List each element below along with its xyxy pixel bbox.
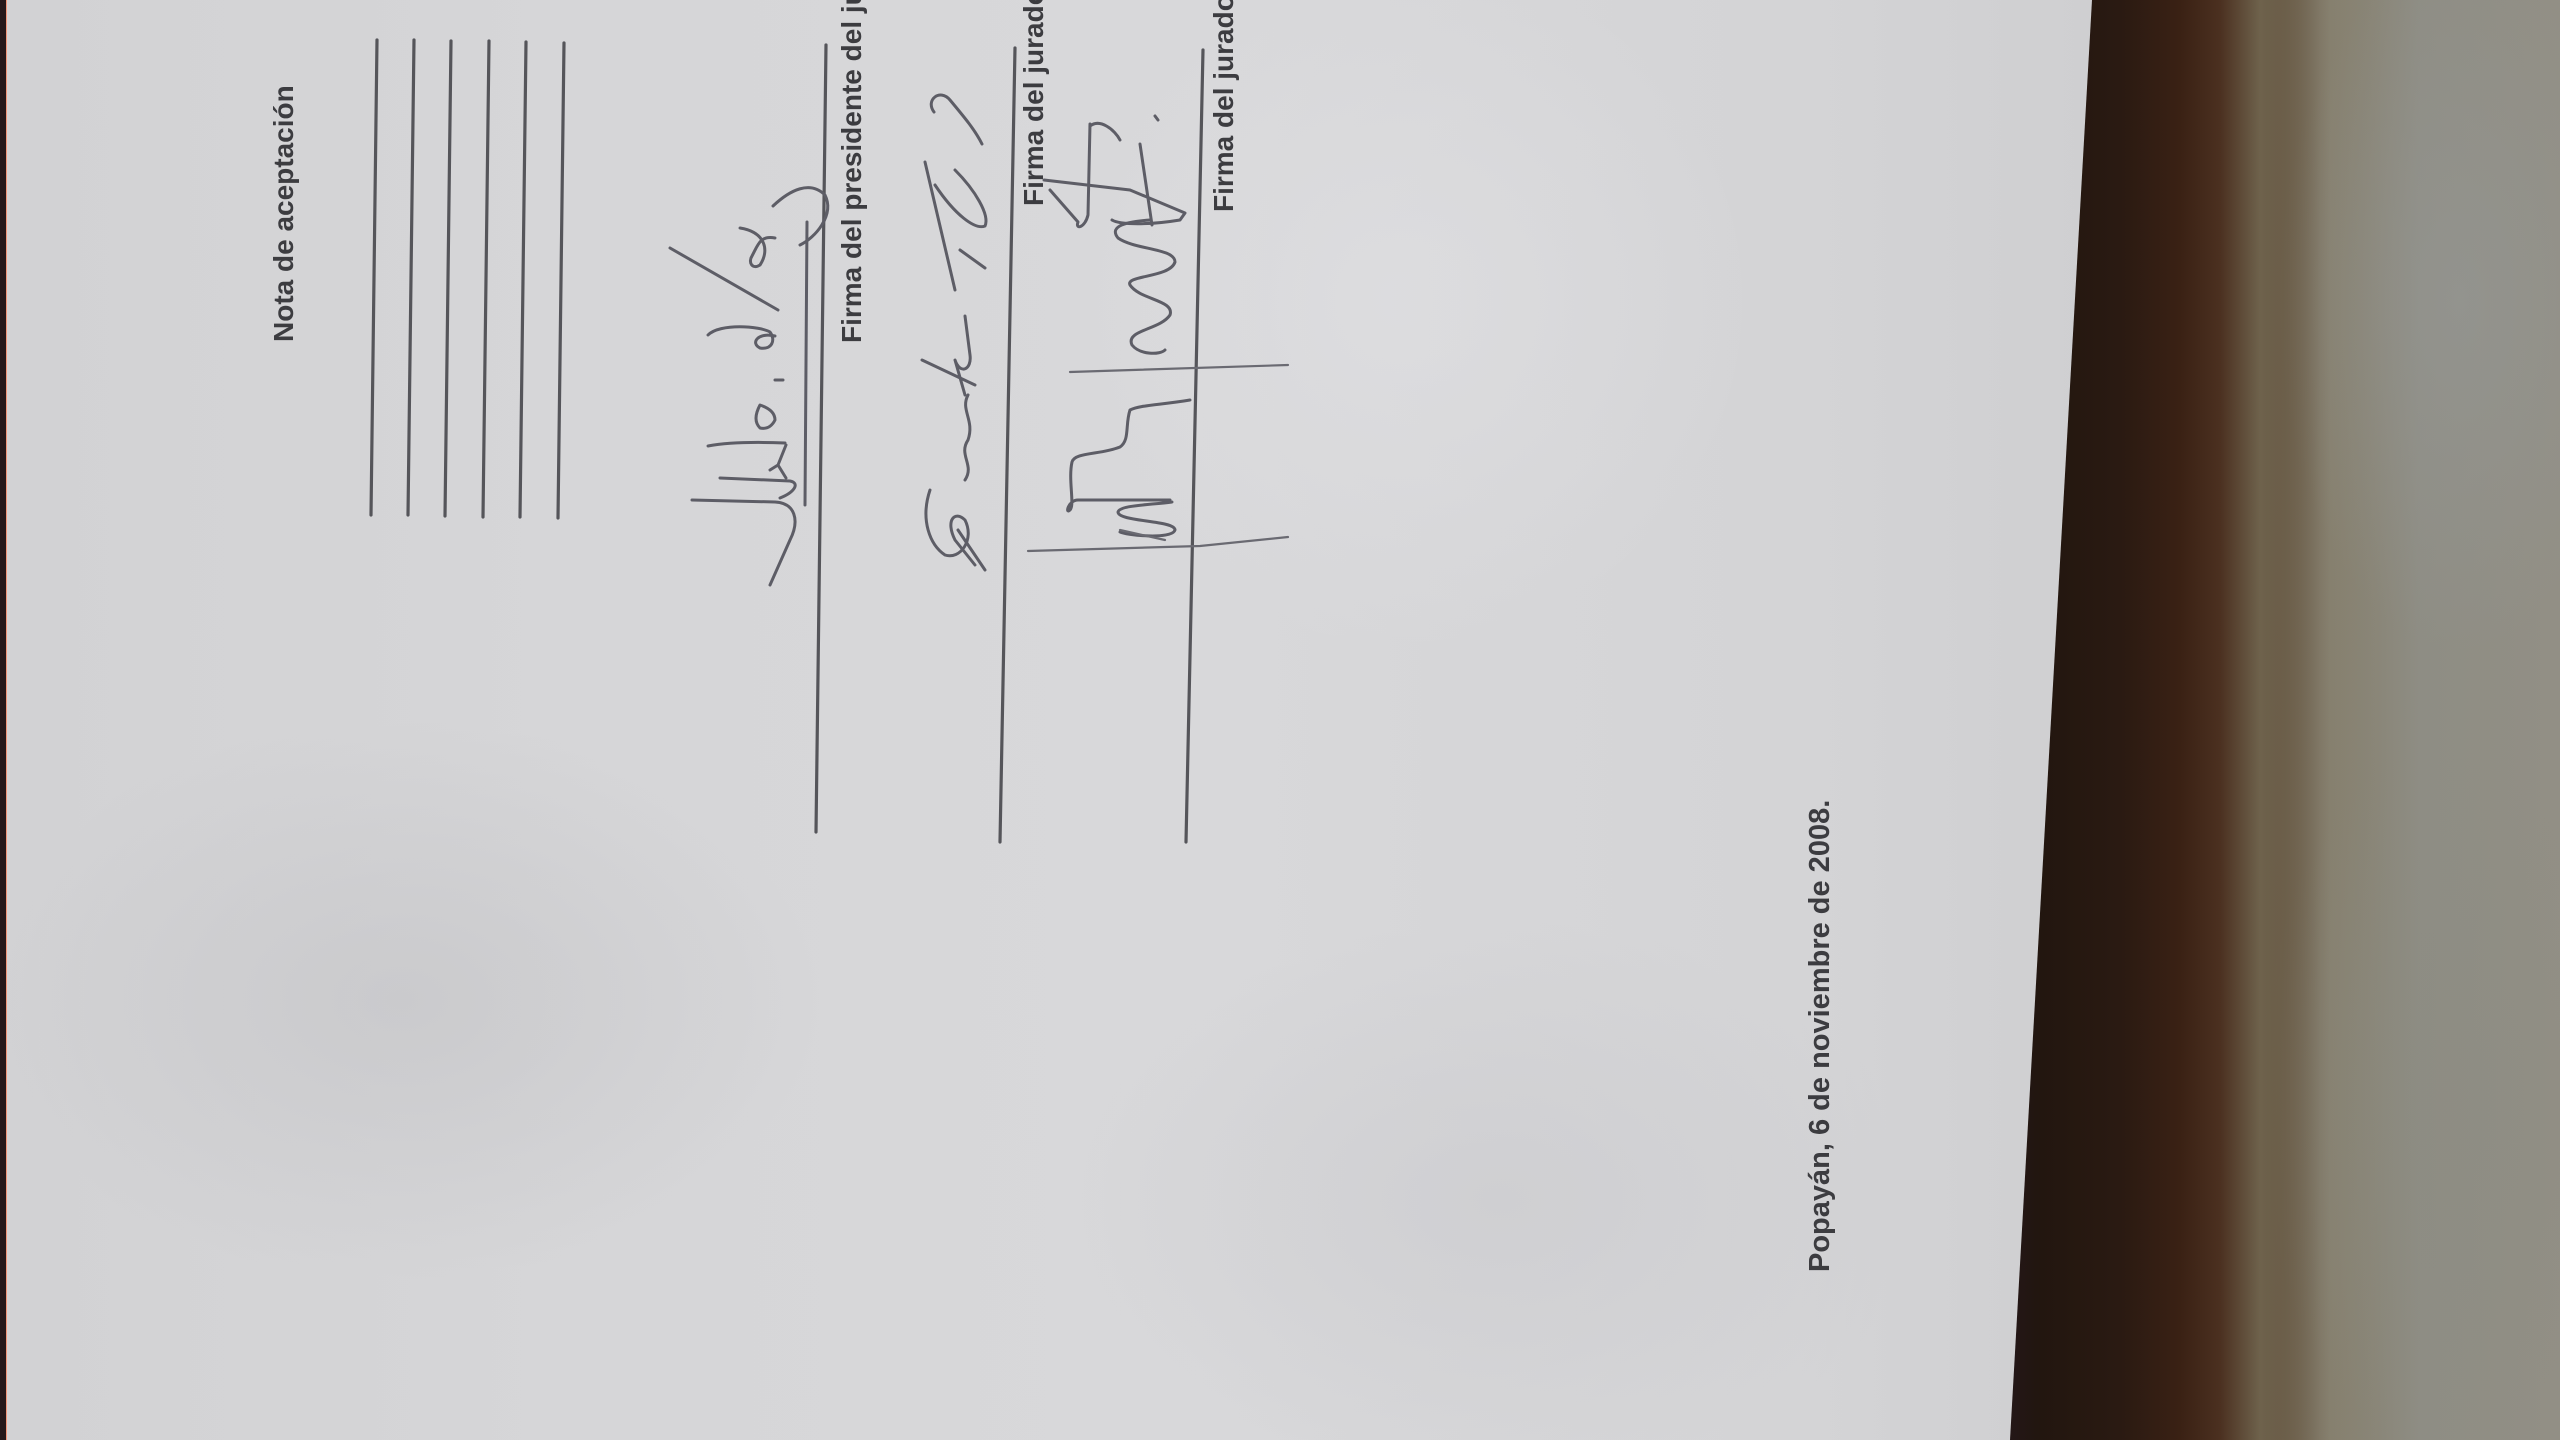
acceptance-line [483, 41, 489, 517]
signature-label-juror-1: Firma del jurado [1018, 0, 1050, 206]
signature-label-president: Firma del presidente del jurado [836, 0, 868, 343]
acceptance-line [445, 41, 451, 516]
signature-line-president [816, 45, 826, 832]
acceptance-lines [371, 40, 564, 518]
acceptance-line [371, 40, 377, 515]
date-line: Popayán, 6 de noviembre de 2008. [1804, 800, 1837, 1272]
acceptance-line [408, 40, 414, 515]
signature-president [670, 188, 828, 585]
signature-label-juror-2: Firma del jurado [1208, 0, 1240, 212]
signature-line-juror-1 [1000, 48, 1015, 842]
acceptance-line [520, 42, 526, 517]
signature-juror-2 [1028, 116, 1288, 551]
acceptance-line [558, 43, 564, 518]
signature-juror-1 [922, 95, 986, 570]
signature-line-juror-2 [1186, 50, 1203, 842]
